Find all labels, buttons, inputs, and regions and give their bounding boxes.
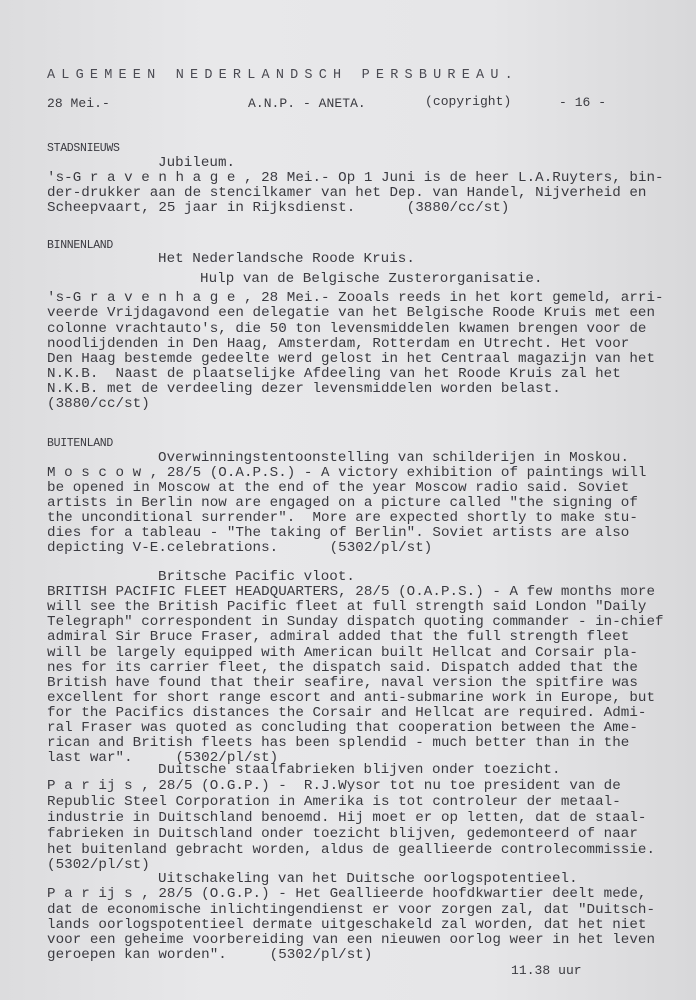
article-line: 's-G r a v e n h a g e , 28 Mei.- Op 1 J… xyxy=(47,171,664,186)
article-line: be opened in Moscow at the end of the ye… xyxy=(47,481,629,496)
article-line: veerde Vrijdagavond een delegatie van he… xyxy=(47,306,655,321)
article-line: British have found that their seafire, n… xyxy=(47,676,638,691)
article-line: 's-G r a v e n h a g e , 28 Mei.- Zooals… xyxy=(47,291,664,306)
typewritten-press-bulletin: ALGEMEEN NEDERLANDSCH PERSBUREAU. 28 Mei… xyxy=(0,0,696,1000)
article-line: Scheepvaart, 25 jaar in Rijksdienst. (38… xyxy=(47,201,509,216)
article-line: admiral Sir Bruce Fraser, admiral added … xyxy=(47,630,629,645)
article-line: dies for a tableau - "The taking of Berl… xyxy=(47,526,629,541)
article-title: Duitsche staalfabrieken blijven onder to… xyxy=(158,763,561,778)
article-line: industrie in Duitschland benoemd. Hij mo… xyxy=(47,811,646,826)
article-line: for the Pacifics distances the Corsair a… xyxy=(47,706,646,721)
section-label-binnenland: BINNENLAND xyxy=(47,238,113,253)
article-line: (5302/pl/st) xyxy=(47,858,150,873)
agency-header: ALGEMEEN NEDERLANDSCH PERSBUREAU. xyxy=(47,68,519,83)
article-line: M o s c o w , 28/5 (O.A.P.S.) - A victor… xyxy=(47,466,646,481)
article-line: N.K.B. Naast de plaatselijke Afdeeling v… xyxy=(47,367,621,382)
article-title: Overwinningstentoonstelling van schilder… xyxy=(158,451,629,466)
article-line: Telegraph" correspondent in Sunday dispa… xyxy=(47,615,664,630)
article-title: Uitschakeling van het Duitsche oorlogspo… xyxy=(158,872,578,887)
article-line: artists in Berlin now are engaged on a p… xyxy=(47,496,638,511)
article-subtitle: Hulp van de Belgische Zusterorganisatie. xyxy=(200,272,543,287)
article-line: N.K.B. met de verdeeling dezer levensmid… xyxy=(47,382,561,397)
section-label-stadsnieuws: STADSNIEUWS xyxy=(47,141,120,156)
article-line: noodlijdenden in Den Haag, Amsterdam, Ro… xyxy=(47,337,629,352)
article-line: (3880/cc/st) xyxy=(47,397,150,412)
article-line: the unconditional surrender". More are e… xyxy=(47,511,638,526)
copyright-notice: (copyright) xyxy=(425,94,511,109)
article-line: will be largely equipped with American b… xyxy=(47,646,638,661)
article-line: Republic Steel Corporation in Amerika is… xyxy=(47,795,621,810)
article-line: voor een geheime voorbereiding van een n… xyxy=(47,933,655,948)
bulletin-date: 28 Mei.- xyxy=(47,96,110,111)
article-line: fabrieken in Duitschland onder toezicht … xyxy=(47,827,638,842)
article-line: dat de economische inlichtingendienst er… xyxy=(47,903,655,918)
article-line: ral Fraser was quoted as concluding that… xyxy=(47,721,638,736)
article-line: der-drukker aan de stencilkamer van het … xyxy=(47,186,646,201)
article-line: BRITISH PACIFIC FLEET HEADQUARTERS, 28/5… xyxy=(47,585,655,600)
article-title: Britsche Pacific vloot. xyxy=(158,570,355,585)
article-line: Den Haag bestemde gedeelte werd gelost i… xyxy=(47,352,655,367)
article-line: het buitenland gebracht worden, aldus de… xyxy=(47,843,655,858)
article-line: P a r ij s , 28/5 (O.G.P.) - Het Geallie… xyxy=(47,887,646,902)
section-label-buitenland: BUITENLAND xyxy=(47,436,113,451)
article-title: Jubileum. xyxy=(158,156,235,171)
article-line: nes for its carrier fleet, the dispatch … xyxy=(47,661,638,676)
article-line: lands oorlogspotentieel dermate uitgesch… xyxy=(47,918,646,933)
article-line: rican and British fleets has been splend… xyxy=(47,736,629,751)
page-number: - 16 - xyxy=(559,95,606,110)
article-line: depicting V-E.celebrations. (5302/pl/st) xyxy=(47,541,432,556)
article-line: colonne vrachtauto's, die 50 ton levensm… xyxy=(47,322,646,337)
bulletin-source: A.N.P. - ANETA. xyxy=(248,96,366,111)
article-title: Het Nederlandsche Roode Kruis. xyxy=(158,252,415,267)
article-line: excellent for short range escort and ant… xyxy=(47,691,655,706)
article-line: P a r ij s , 28/5 (O.G.P.) - R.J.Wysor t… xyxy=(47,779,621,794)
article-line: geroepen kan worden". (5302/pl/st) xyxy=(47,948,372,963)
timestamp: 11.38 uur xyxy=(511,963,582,978)
article-line: will see the British Pacific fleet at fu… xyxy=(47,600,646,615)
